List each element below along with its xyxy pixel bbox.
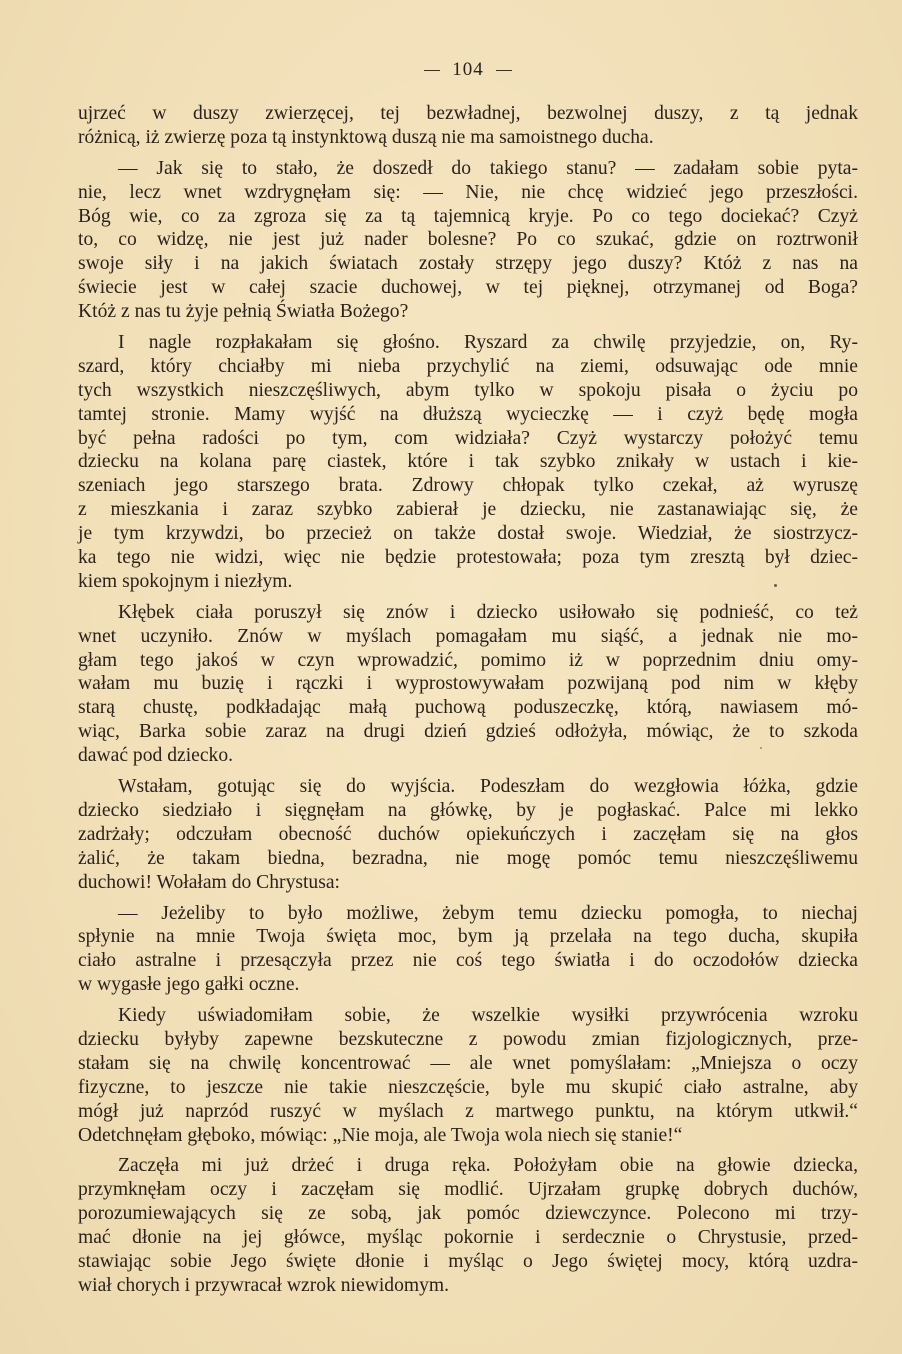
text-line: nie, lecz wnet wzdrygnęłam się: — Nie, n… — [78, 181, 858, 205]
text-line: szard, który chciałby mi nieba przychyli… — [78, 355, 858, 379]
text-line: mać dłonie na jej główce, myśląc pokorni… — [78, 1226, 858, 1250]
text-line: wałam mu buzię i rączki i wyprostowywała… — [78, 672, 858, 696]
page-number-text: 104 — [452, 59, 484, 80]
text-line: dziecku byłyby zapewne bezskuteczne z po… — [78, 1028, 858, 1052]
text-line: różnicą, iż zwierzę poza tą instynktową … — [78, 126, 858, 150]
text-line: je tym krzywdzi, bo przecież on także do… — [78, 522, 858, 546]
text-line: dziecko siedziało i sięgnęłam na główkę,… — [78, 799, 858, 823]
text-line: żalić, że takam biedna, bezradna, nie mo… — [78, 847, 858, 871]
book-page: 104 ujrzeć w duszy zwierzęcej, tej bezwł… — [78, 52, 858, 1298]
text-line: stawiając sobie Jego święte dłonie i myś… — [78, 1250, 858, 1274]
text-line: szeniach jego starszego brata. Zdrowy ch… — [78, 474, 858, 498]
text-line: Bóg wie, co za zgroza się za tą tajemnic… — [78, 205, 858, 229]
body-text: ujrzeć w duszy zwierzęcej, tej bezwładne… — [78, 102, 858, 1298]
text-line: — Jeżeliby to było możliwe, żebym temu d… — [78, 902, 858, 926]
text-line: wiał chorych i przywracał wzrok niewidom… — [78, 1274, 858, 1298]
text-line: przymknęłam oczy i zaczęłam się modlić. … — [78, 1178, 858, 1202]
text-line: swoje siły i na jakich światach zostały … — [78, 252, 858, 276]
dash-right — [496, 70, 512, 71]
text-line: ka tego nie widzi, więc nie będzie prote… — [78, 546, 858, 570]
paragraph: Zaczęła mi już drżeć i druga ręka. Położ… — [78, 1154, 858, 1297]
text-line: wiąc, Barka sobie zaraz na drugi dzień g… — [78, 720, 858, 744]
paragraph: — Jeżeliby to było możliwe, żebym temu d… — [78, 902, 858, 998]
text-line: dziecku na kolana parę ciastek, które i … — [78, 450, 858, 474]
text-line: porozumiewających się ze sobą, jak pomóc… — [78, 1202, 858, 1226]
text-line: Kłębek ciała poruszył się znów i dziecko… — [78, 601, 858, 625]
text-line: to, co widzę, nie jest już nader bolesne… — [78, 228, 858, 252]
text-line: kiem spokojnym i niezłym. — [78, 570, 858, 594]
text-line: starą chustę, podkładając małą puchową p… — [78, 696, 858, 720]
dash-left — [424, 70, 440, 71]
paragraph: Wstałam, gotując się do wyjścia. Podeszł… — [78, 775, 858, 894]
text-line: w wygasłe jego gałki oczne. — [78, 973, 858, 997]
paragraph: I nagle rozpłakałam się głośno. Ryszard … — [78, 331, 858, 594]
text-line: zadrżały; odczułam obecność duchów opiek… — [78, 823, 858, 847]
text-line: świecie jest w całej szacie duchowej, w … — [78, 276, 858, 300]
text-line: stałam się na chwilę koncentrować — ale … — [78, 1052, 858, 1076]
text-line: Zaczęła mi już drżeć i druga ręka. Położ… — [78, 1154, 858, 1178]
paragraph: Kiedy uświadomiłam sobie, że wszelkie wy… — [78, 1004, 858, 1147]
ink-speck — [760, 747, 762, 749]
text-line: mógł już naprzód ruszyć w myślach z mart… — [78, 1100, 858, 1124]
text-line: być pełna radości po tym, com widziała? … — [78, 427, 858, 451]
text-line: — Jak się to stało, że doszedł do takieg… — [78, 157, 858, 181]
text-line: tych wszystkich nieszczęśliwych, abym ty… — [78, 379, 858, 403]
text-line: I nagle rozpłakałam się głośno. Ryszard … — [78, 331, 858, 355]
text-line: fizyczne, to jeszcze nie takie nieszczęś… — [78, 1076, 858, 1100]
text-line: Wstałam, gotując się do wyjścia. Podeszł… — [78, 775, 858, 799]
text-line: spłynie na mnie Twoja święta moc, bym ją… — [78, 925, 858, 949]
text-line: duchowi! Wołałam do Chrystusa: — [78, 871, 858, 895]
text-line: dawać pod dziecko. — [78, 744, 858, 768]
text-line: tamtej stronie. Mamy wyjść na dłuższą wy… — [78, 403, 858, 427]
text-line: z mieszkania i zaraz szybko zabierał je … — [78, 498, 858, 522]
text-line: ciało astralne i przesączyła przez nie c… — [78, 949, 858, 973]
text-line: Któż z nas tu żyje pełnią Światła Bożego… — [78, 300, 858, 324]
ink-speck — [774, 584, 777, 587]
page-number: 104 — [78, 52, 858, 88]
paragraph: ujrzeć w duszy zwierzęcej, tej bezwładne… — [78, 102, 858, 150]
text-line: wnet uczyniło. Znów w myślach pomagałam … — [78, 625, 858, 649]
text-line: głam tego jakoś w czyn wprowadzić, pomim… — [78, 649, 858, 673]
paragraph: Kłębek ciała poruszył się znów i dziecko… — [78, 601, 858, 768]
text-line: ujrzeć w duszy zwierzęcej, tej bezwładne… — [78, 102, 858, 126]
text-line: Odetchnęłam głęboko, mówiąc: „Nie moja, … — [78, 1124, 858, 1148]
paragraph: — Jak się to stało, że doszedł do takieg… — [78, 157, 858, 324]
text-line: Kiedy uświadomiłam sobie, że wszelkie wy… — [78, 1004, 858, 1028]
